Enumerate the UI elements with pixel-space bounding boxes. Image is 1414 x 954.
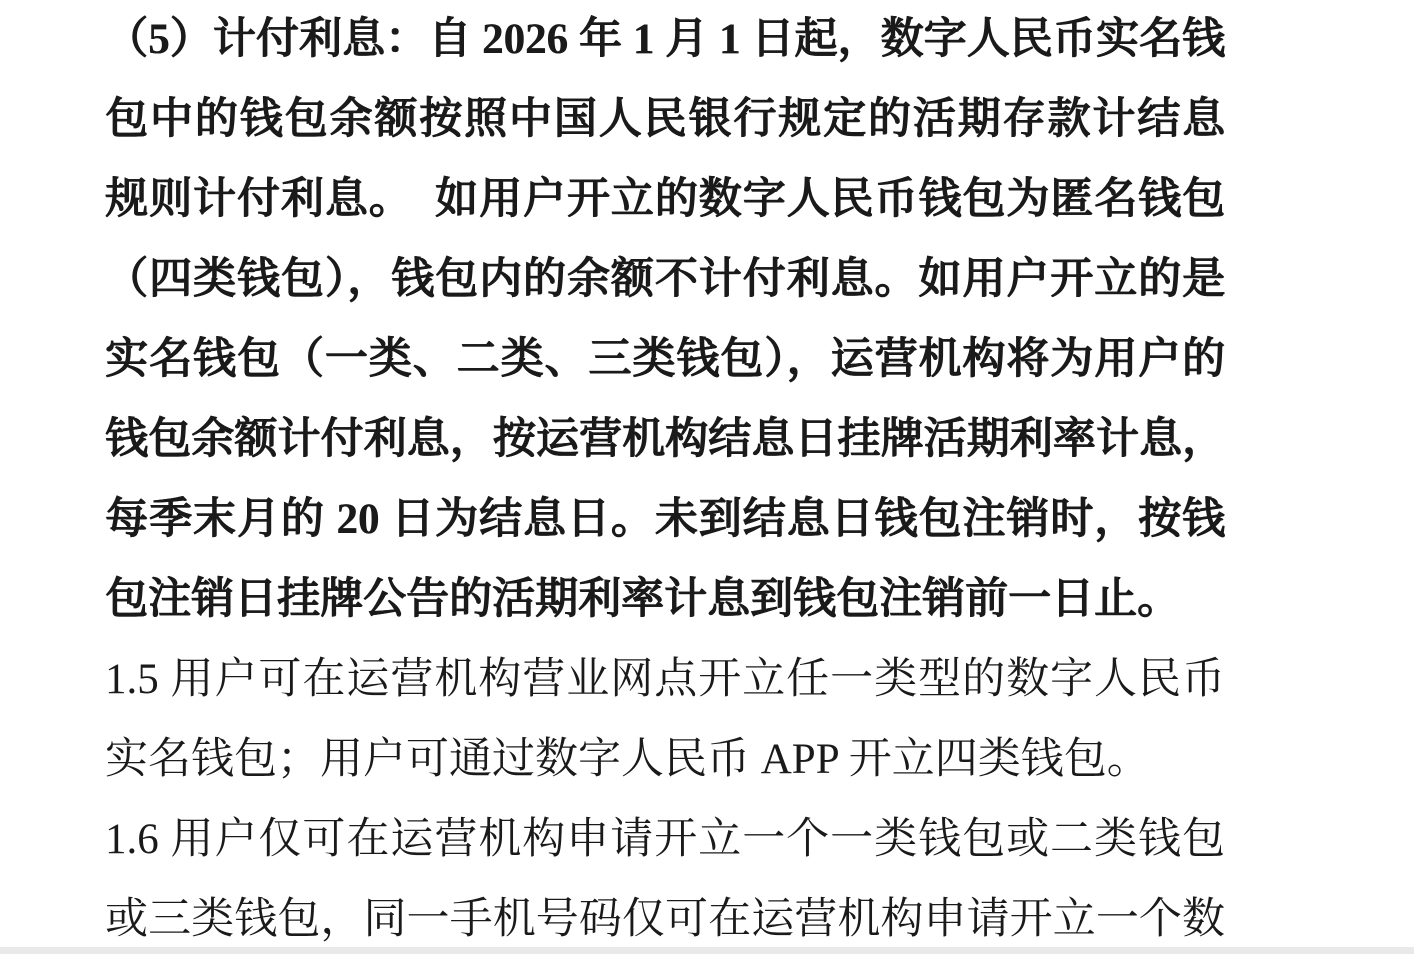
text-line: 每季末月的 20 日为结息日。未到结息日钱包注销时，按钱 (105, 480, 1225, 560)
text-line: 1.5 用户可在运营机构营业网点开立任一类型的数字人民币 (105, 640, 1225, 720)
paragraph-clause-1-6: 1.6 用户仅可在运营机构申请开立一个一类钱包或二类钱包 或三类钱包，同一手机号… (105, 800, 1225, 954)
text-line: 规则计付利息。 如用户开立的数字人民币钱包为匿名钱包 (105, 160, 1225, 240)
paragraph-clause-5-interest: （5）计付利息：自 2026 年 1 月 1 日起，数字人民币实名钱 包中的钱包… (105, 0, 1225, 640)
text-line: （5）计付利息：自 2026 年 1 月 1 日起，数字人民币实名钱 (105, 0, 1225, 80)
text-line: 实名钱包；用户可通过数字人民币 APP 开立四类钱包。 (105, 720, 1225, 800)
text-line: 实名钱包（一类、二类、三类钱包），运营机构将为用户的 (105, 320, 1225, 400)
text-line: 或三类钱包，同一手机号码仅可在运营机构申请开立一个数 (105, 880, 1225, 954)
text-line: 包注销日挂牌公告的活期利率计息到钱包注销前一日止。 (105, 560, 1225, 640)
text-line: 1.6 用户仅可在运营机构申请开立一个一类钱包或二类钱包 (105, 800, 1225, 880)
text-line: 包中的钱包余额按照中国人民银行规定的活期存款计结息 (105, 80, 1225, 160)
document-page: （5）计付利息：自 2026 年 1 月 1 日起，数字人民币实名钱 包中的钱包… (0, 0, 1414, 954)
text-line: （四类钱包），钱包内的余额不计付利息。如用户开立的是 (105, 240, 1225, 320)
document-text-block: （5）计付利息：自 2026 年 1 月 1 日起，数字人民币实名钱 包中的钱包… (105, 0, 1225, 954)
page-scan-bottom-edge (0, 947, 1414, 954)
text-line: 钱包余额计付利息，按运营机构结息日挂牌活期利率计息， (105, 400, 1225, 480)
paragraph-clause-1-5: 1.5 用户可在运营机构营业网点开立任一类型的数字人民币 实名钱包；用户可通过数… (105, 640, 1225, 800)
